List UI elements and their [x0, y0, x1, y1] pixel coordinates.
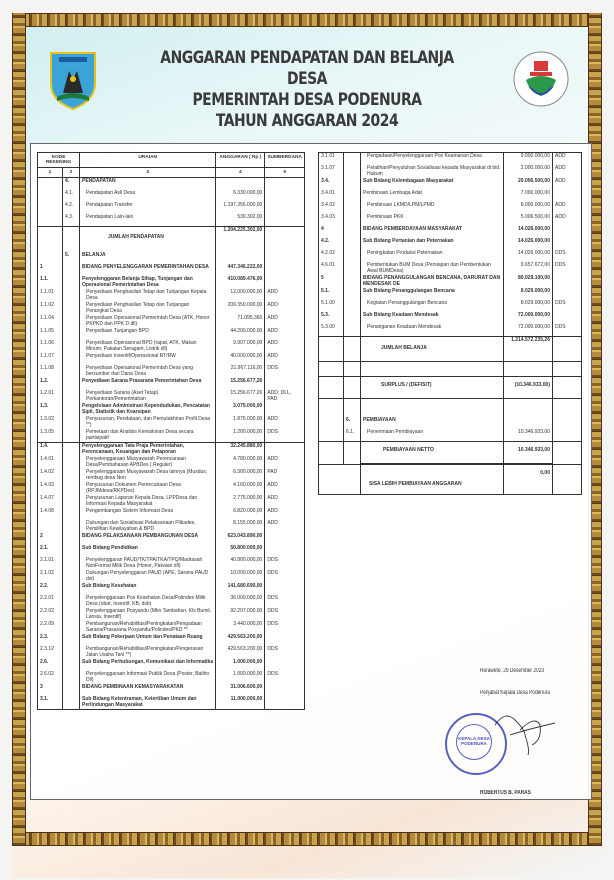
cell-anggaran: 9.657.672,00: [504, 262, 553, 275]
cell-kode-1: 1.1.02: [38, 302, 63, 315]
cell-anggaran: 1.200.000,00: [216, 429, 265, 443]
cell-anggaran: 8.155.000,00: [216, 520, 265, 533]
table-row: 3.4.01Pembinaan Lembaga Adat7.000.000,00: [319, 190, 582, 202]
cell-sumberdana: [265, 276, 305, 289]
cell-kode-1: 1.1.: [38, 276, 63, 289]
cell-sumberdana: ADD: [265, 340, 305, 353]
regency-emblem-icon: [47, 49, 99, 111]
cell-kode-2: [344, 312, 361, 324]
title-line-1: ANGGARAN PENDAPATAN DAN BELANJA DESA: [145, 48, 468, 90]
cell-sumberdana: ADD: [553, 153, 582, 166]
penerimaan-code: 6.1.: [344, 429, 361, 442]
cell-uraian: Pengembangan Sistem Informasi Desa: [80, 508, 216, 520]
cell-kode-2: [63, 659, 80, 671]
cell-uraian: Penanganan Keadaan Mendesak: [361, 324, 504, 337]
cell-kode-1: 1.3.05: [38, 429, 63, 443]
cell-kode-2: [63, 482, 80, 495]
cell-sumberdana: [265, 202, 305, 214]
cell-uraian: Sub Bidang Kelembagaan Masyarakat: [361, 178, 504, 190]
table-row: 5.3.00Penanganan Keadaan Mendesak72.000.…: [319, 324, 582, 337]
cell-sumberdana: PAD: [265, 469, 305, 482]
cell-uraian: Sub Bidang Kesehatan: [80, 583, 216, 595]
cell-anggaran: 2.000.000,00: [504, 165, 553, 178]
cell-kode-1: 4.6.01: [319, 262, 344, 275]
cell-anggaran: 8.029.000,00: [504, 300, 553, 312]
table-row: 1.1.02Penyediaan Penghasilan Tetap dan T…: [38, 302, 305, 315]
cell-uraian: Sub Bidang Pertanian dan Peternakan: [361, 238, 504, 250]
table-row: 1.4.07Penyusunan Laporan Kepala Desa, LP…: [38, 495, 305, 508]
cell-anggaran: 429.563.200,00: [216, 646, 265, 659]
cell-sumberdana: ADD: [265, 353, 305, 365]
cell-anggaran: 9.907.000,00: [216, 340, 265, 353]
cell-kode-1: 5: [319, 275, 344, 288]
cell-sumberdana: [265, 252, 305, 264]
cell-uraian: PENDAPATAN: [80, 178, 216, 191]
cell-uraian: Dukungan dan Sosialisasi Pelaksanaan Pil…: [80, 520, 216, 533]
cell-anggaran: 447.346.222,00: [216, 264, 265, 276]
cell-kode-1: 1.3.: [38, 403, 63, 416]
table-row: 1BIDANG PENYELENGGARAN PEMERINTAHAN DESA…: [38, 264, 305, 276]
cell-sumberdana: ADD: [265, 495, 305, 508]
ornament-border-bottom: [12, 832, 602, 846]
pembiayaan-code: 6.: [344, 417, 361, 429]
cell-kode-2: [63, 378, 80, 390]
cell-sumberdana: [265, 696, 305, 710]
cell-sumberdana: DDS: [265, 557, 305, 570]
cell-sumberdana: [553, 275, 582, 288]
cell-kode-2: [344, 153, 361, 166]
cell-sumberdana: DDS: [265, 429, 305, 443]
cell-anggaran: 623.043.890,00: [216, 533, 265, 545]
cell-kode-2: 4.: [63, 178, 80, 191]
cell-kode-2: [63, 533, 80, 545]
cell-uraian: Penyediaan Sarana Prasarana Pemerintahan…: [80, 378, 216, 390]
cell-sumberdana: ADD, DLL, PAD: [265, 390, 305, 403]
cell-uraian: Sub Bidang Ketentraman, Ketertiban Umum …: [80, 696, 216, 710]
header-num-5: 5: [265, 168, 305, 178]
cell-anggaran: 40.800.000,00: [216, 557, 265, 570]
cell-uraian: BIDANG PEMBERDAYAAN MASYARAKAT: [361, 226, 504, 238]
cell-kode-2: [63, 570, 80, 583]
cell-sumberdana: [265, 214, 305, 227]
title-line-3: TAHUN ANGGARAN 2024: [145, 111, 468, 132]
jumlah-belanja-label: JUMLAH BELANJA: [361, 337, 504, 362]
header-num-1: 1: [38, 168, 63, 178]
cell-uraian: Sub Bidang Perhubungan, Komunikasi dan I…: [80, 659, 216, 671]
cell-kode-1: 1.4.03: [38, 482, 63, 495]
cell-anggaran: [216, 178, 265, 191]
cell-anggaran: 36.000.000,00: [216, 595, 265, 608]
cell-kode-1: 2.1.01: [38, 557, 63, 570]
cell-sumberdana: [265, 227, 305, 253]
cell-kode-2: [63, 608, 80, 621]
signature-position: Penjabat Kepala Desa Podenura: [480, 690, 550, 696]
table-row: 4.1.Pendapatan Asli Desa6.330.000,00: [38, 190, 305, 202]
cell-uraian: Pendapatan Asli Desa: [80, 190, 216, 202]
cell-anggaran: 6.300.000,00: [216, 469, 265, 482]
cell-sumberdana: DDS: [265, 621, 305, 634]
cell-kode-1: 2.3.: [38, 634, 63, 646]
cell-anggaran: 32.245.880,00: [216, 443, 265, 457]
cell-kode-2: [63, 227, 80, 253]
penerimaan-label: Penerimaan Pembiayaan: [361, 429, 504, 442]
cell-uraian: Dukungan Penyelenggaran PAUD (APE, Saran…: [80, 570, 216, 583]
cell-anggaran: 1.204.225.302,00: [216, 227, 265, 253]
cell-kode-2: [63, 495, 80, 508]
table-row: 2.1.Sub Bidang Pendidikan50.800.000,00: [38, 545, 305, 557]
cell-sumberdana: DDS: [265, 608, 305, 621]
table-row: 4.3.Pendapatan Lain-lain539.302,00: [38, 214, 305, 227]
cell-sumberdana: [265, 659, 305, 671]
cell-uraian: BIDANG PEMBINAAN KEMASYARAKATAN: [80, 684, 216, 696]
table-row: 1.1.01Penyediaan Penghasilan Tetap dan T…: [38, 289, 305, 302]
table-row: 4.2.Sub Bidang Pertanian dan Peternakan1…: [319, 238, 582, 250]
cell-anggaran: 5.006.500,00: [504, 214, 553, 226]
jumlah-belanja-value: 1.214.572.235,26: [504, 337, 553, 362]
cell-kode-2: [344, 324, 361, 337]
cell-kode-2: [63, 328, 80, 340]
cell-uraian: Sub Bidang Penanggulangan Bencana: [361, 288, 504, 300]
cell-kode-1: 2.3.12: [38, 646, 63, 659]
cell-sumberdana: ADD: [265, 315, 305, 328]
cell-kode-1: 1.1.01: [38, 289, 63, 302]
cell-sumberdana: ADD: [265, 302, 305, 315]
cell-kode-1: 5.3.00: [319, 324, 344, 337]
cell-sumberdana: ADD: [553, 214, 582, 226]
cell-uraian: Penyediaan Sarana (Aset Tetap) Perkantor…: [80, 390, 216, 403]
cell-kode-2: [63, 340, 80, 353]
cell-kode-2: [344, 165, 361, 178]
header-anggaran: ANGGARAN ( Rp ): [216, 153, 265, 168]
cell-uraian: Pengelolaan Administrasi Kependudukan, P…: [80, 403, 216, 416]
cell-kode-2: 4.3.: [63, 214, 80, 227]
cell-kode-1: 3.4.03: [319, 214, 344, 226]
cell-uraian: BIDANG PENYELENGGARAN PEMERINTAHAN DESA: [80, 264, 216, 276]
cell-anggaran: 7.000.000,00: [504, 190, 553, 202]
cell-anggaran: 6.330.000,00: [216, 190, 265, 202]
cell-anggaran: 410.089.476,00: [216, 276, 265, 289]
cell-uraian: Pemetaan dan Analisis Kemiskinan Desa se…: [80, 429, 216, 443]
cell-kode-1: 2.1.02: [38, 570, 63, 583]
cell-kode-1: 3.4.: [319, 178, 344, 190]
cell-kode-2: [344, 226, 361, 238]
cell-sumberdana: DDS: [265, 671, 305, 684]
cell-sumberdana: DDS: [265, 646, 305, 659]
cell-uraian: Penyusunan Dokumen Perencanaan Desa (RPJ…: [80, 482, 216, 495]
cell-uraian: Sub Bidang Pendidikan: [80, 545, 216, 557]
cell-kode-1: 1.1.07: [38, 353, 63, 365]
cell-kode-1: [38, 227, 63, 253]
cell-kode-1: [38, 520, 63, 533]
cell-sumberdana: [265, 264, 305, 276]
cell-uraian: Pelatihan/Penyuluhan Sosialisasi kepada …: [361, 165, 504, 178]
cell-kode-2: [63, 621, 80, 634]
ornament-border-top: [12, 13, 602, 27]
cell-sumberdana: ADD: [265, 328, 305, 340]
table-row: 1.2.01Penyediaan Sarana (Aset Tetap) Per…: [38, 390, 305, 403]
cell-kode-1: 3.4.02: [319, 202, 344, 214]
cell-sumberdana: [265, 684, 305, 696]
table-row: 3.4.03Pembinaan PKK5.006.500,00ADD: [319, 214, 582, 226]
netto-label: PEMBIAYAAN NETTO: [361, 442, 504, 465]
cell-kode-1: 3.1.01: [319, 153, 344, 166]
cell-kode-2: [344, 214, 361, 226]
cell-uraian: JUMLAH PENDAPATAN: [80, 227, 216, 253]
cell-anggaran: 539.302,00: [216, 214, 265, 227]
cell-sumberdana: ADD: [265, 482, 305, 495]
cell-kode-2: [344, 202, 361, 214]
cell-kode-1: 1.1.06: [38, 340, 63, 353]
cell-kode-2: [63, 456, 80, 469]
budget-table-left: KODE REKENING URAIAN ANGGARAN ( Rp ) SUM…: [37, 152, 305, 710]
cell-sumberdana: [553, 226, 582, 238]
cell-sumberdana: [265, 403, 305, 416]
table-row: 1.4.01Penyelenggaraan Musyawarah Perenca…: [38, 456, 305, 469]
cell-anggaran: 8.000.000,00: [504, 202, 553, 214]
cell-uraian: Pembangunan/Rehabilitasi/Peningkatan/Pen…: [80, 646, 216, 659]
table-row: 4.2.Pendapatan Transfer1.197.356.000,00: [38, 202, 305, 214]
cell-uraian: Pembinaan PKK: [361, 214, 504, 226]
silpa-value: 0,00: [504, 464, 553, 494]
cell-kode-2: [63, 416, 80, 429]
cell-anggaran: 1.000.000,00: [216, 659, 265, 671]
cell-uraian: Penyelenggaraan Tata Praja Pemerintahan,…: [80, 443, 216, 457]
cell-uraian: Pembangunan/Rehabilitasi/Peningkatan/Pen…: [80, 621, 216, 634]
cell-kode-1: 2.6.: [38, 659, 63, 671]
table-row: 4.2.02Peningkatan Produksi Peternakan14.…: [319, 250, 582, 262]
cell-anggaran: 11.000.000,00: [216, 696, 265, 710]
cell-uraian: Sub Bidang Keadaan Mendesak: [361, 312, 504, 324]
header-num-2: 2: [63, 168, 80, 178]
cell-sumberdana: DDS: [553, 300, 582, 312]
cell-sumberdana: ADD: [553, 202, 582, 214]
page-title: ANGGARAN PENDAPATAN DAN BELANJA DESA PEM…: [145, 48, 468, 132]
cell-uraian: Penyelenggaran Belanja Siltap, Tunjangan…: [80, 276, 216, 289]
table-row: 1.1.Penyelenggaran Belanja Siltap, Tunja…: [38, 276, 305, 289]
cell-kode-2: [63, 264, 80, 276]
pembiayaan-label: PEMBIAYAAN: [361, 417, 504, 429]
cell-uraian: Sub Bidang Pekerjaan Umum dan Penataan R…: [80, 634, 216, 646]
table-row: 2.6.Sub Bidang Perhubungan, Komunikasi d…: [38, 659, 305, 671]
cell-anggaran: 1.875.000,00: [216, 416, 265, 429]
cell-uraian: Penyelenggaran PAUD/TK/TPA/TKA/TPQ/Madra…: [80, 557, 216, 570]
cell-anggaran: 9.000.000,00: [504, 153, 553, 166]
cell-kode-1: 2: [38, 533, 63, 545]
table-row: 4BIDANG PEMBERDAYAAN MASYARAKAT14.026.00…: [319, 226, 582, 238]
cell-kode-2: [63, 508, 80, 520]
cell-kode-2: [63, 353, 80, 365]
header-uraian: URAIAN: [80, 153, 216, 168]
cell-uraian: Penyediaan Operasional Pemerintah Desa (…: [80, 315, 216, 328]
cell-kode-2: [63, 403, 80, 416]
table-row: 2.3.Sub Bidang Pekerjaan Umum dan Penata…: [38, 634, 305, 646]
signatory-name: ROBERTUS B. PARAS: [480, 790, 531, 796]
cell-uraian: Penyediaan Penghasilan Tetap dan Tunjang…: [80, 289, 216, 302]
cell-kode-2: 4.1.: [63, 190, 80, 202]
table-row: 5.1.00Kegiatan Penanggulangan Bencana8.0…: [319, 300, 582, 312]
cell-uraian: Pendapatan Lain-lain: [80, 214, 216, 227]
cell-sumberdana: [553, 238, 582, 250]
cell-kode-2: [344, 275, 361, 288]
cell-anggaran: 72.000.000,00: [504, 324, 553, 337]
left-table-body: 4.PENDAPATAN4.1.Pendapatan Asli Desa6.33…: [38, 178, 305, 710]
table-row: 5BIDANG PENANGGULANGAN BENCANA, DARURAT …: [319, 275, 582, 288]
cell-kode-2: [63, 684, 80, 696]
cell-anggaran: 21.967.116,00: [216, 365, 265, 378]
cell-anggaran: 71.095,360: [216, 315, 265, 328]
table-row: 1.3.02Penyusunan, Pendataan, dan Pemutak…: [38, 416, 305, 429]
cell-kode-1: 1.2.01: [38, 390, 63, 403]
stamp-text: KEPALA DESA PODENURA: [456, 724, 492, 760]
cell-uraian: Pembinaan LKMD/LPM/LPMD: [361, 202, 504, 214]
penerimaan-value: 10.346.933,00: [504, 429, 553, 442]
cell-kode-2: [63, 390, 80, 403]
cell-sumberdana: [553, 288, 582, 300]
cell-kode-2: [63, 595, 80, 608]
table-row: 2.2.02Penyelenggaraan Posyandu (Mkn Tamb…: [38, 608, 305, 621]
cell-kode-1: 5.1.00: [319, 300, 344, 312]
cell-kode-2: [63, 634, 80, 646]
cell-uraian: BIDANG PELAKSANAAN PEMBANGUNAN DESA: [80, 533, 216, 545]
cell-kode-2: [63, 583, 80, 595]
silpa-label: SISA LEBIH PEMBIAYAAN ANGGARAN: [361, 464, 504, 494]
cell-kode-2: [344, 300, 361, 312]
ministry-village-logo-icon: [512, 48, 570, 110]
cell-anggaran: 40.000.000,00: [216, 353, 265, 365]
cell-anggaran: 92.207.000,00: [216, 608, 265, 621]
cell-kode-1: 1.4.02: [38, 469, 63, 482]
cell-kode-1: 1.4.07: [38, 495, 63, 508]
cell-kode-1: 1.4.08: [38, 508, 63, 520]
cell-kode-2: [63, 545, 80, 557]
cell-anggaran: 1.197.356.000,00: [216, 202, 265, 214]
surplus-value: (10.346.933,00): [504, 377, 553, 399]
cell-uraian: Penyusunan Laporan Kepala Desa, LPPDesa …: [80, 495, 216, 508]
cell-uraian: Penyelenggaraan Pos Kesehatan Desa/Polin…: [80, 595, 216, 608]
cell-kode-2: [344, 250, 361, 262]
cell-sumberdana: DDS: [553, 262, 582, 275]
cell-uraian: Penyediaan Tunjangan BPD: [80, 328, 216, 340]
cell-kode-2: [344, 262, 361, 275]
cell-anggaran: 3.075.000,00: [216, 403, 265, 416]
title-line-2: PEMERINTAH DESA PODENURA: [145, 90, 468, 111]
cell-anggaran: 44.200.000,00: [216, 328, 265, 340]
ornament-border-left: [12, 13, 26, 845]
header-sumberdana: SUMBERDANA: [265, 153, 305, 168]
cell-kode-2: [63, 671, 80, 684]
table-row: 2.2.01Penyelenggaraan Pos Kesehatan Desa…: [38, 595, 305, 608]
cell-kode-2: [344, 238, 361, 250]
cell-kode-1: 3: [38, 684, 63, 696]
cell-anggaran: 10.000.000,00: [216, 570, 265, 583]
cell-uraian: Pembinaan Lembaga Adat: [361, 190, 504, 202]
table-row: 2.1.02Dukungan Penyelenggaran PAUD (APE,…: [38, 570, 305, 583]
table-row: 5.3.Sub Bidang Keadaan Mendesak72.000.00…: [319, 312, 582, 324]
cell-kode-1: [38, 178, 63, 191]
table-row: 3.1.Sub Bidang Ketentraman, Ketertiban U…: [38, 696, 305, 710]
cell-kode-2: [344, 178, 361, 190]
signature-place-date: Rerawete, 29 Desember 2023: [480, 668, 544, 674]
cell-kode-1: 1.1.04: [38, 315, 63, 328]
table-row: Dukungan dan Sosialisasi Pelaksanaan Pil…: [38, 520, 305, 533]
cell-kode-1: 1.4.: [38, 443, 63, 457]
cell-kode-1: 1.3.02: [38, 416, 63, 429]
cell-sumberdana: [553, 190, 582, 202]
cell-kode-2: [63, 520, 80, 533]
table-row: 2.2.Sub Bidang Kesehatan141.680.690,00: [38, 583, 305, 595]
table-row: 2.2.09Pembangunan/Rehabilitasi/Peningkat…: [38, 621, 305, 634]
header-num-4: 4: [216, 168, 265, 178]
cell-uraian: Pembentukan BUM Desa (Persiapan dan Pemb…: [361, 262, 504, 275]
cell-uraian: Peningkatan Produksi Peternakan: [361, 250, 504, 262]
cell-sumberdana: DDS: [265, 570, 305, 583]
cell-kode-1: 1: [38, 264, 63, 276]
signature-scribble-icon: [490, 705, 560, 760]
cell-kode-1: 2.2.09: [38, 621, 63, 634]
cell-anggaran: 141.680.690,00: [216, 583, 265, 595]
cell-kode-1: 1.1.05: [38, 328, 63, 340]
cell-kode-2: [63, 302, 80, 315]
cell-kode-1: 2.2.01: [38, 595, 63, 608]
cell-sumberdana: [265, 178, 305, 191]
cell-kode-2: 4.2.: [63, 202, 80, 214]
cell-anggaran: 209.350.000,00: [216, 302, 265, 315]
cell-kode-2: [63, 276, 80, 289]
cell-kode-1: 5.3.: [319, 312, 344, 324]
cell-anggaran: 3.440.000,00: [216, 621, 265, 634]
cell-uraian: Penyelenggaraan Informasi Publik Desa (P…: [80, 671, 216, 684]
cell-sumberdana: ADD: [265, 508, 305, 520]
cell-kode-1: 2.6.02: [38, 671, 63, 684]
table-row: 1.1.06Penyediaan Operasional BPD (rapat,…: [38, 340, 305, 353]
cell-kode-2: [63, 289, 80, 302]
cell-kode-1: [38, 202, 63, 214]
netto-value: 10.346.933,00: [504, 442, 553, 465]
cell-uraian: Penyelenggaraan Musyawarah Perencanaan D…: [80, 456, 216, 469]
cell-uraian: Pendapatan Transfer: [80, 202, 216, 214]
cell-anggaran: 14.026.000,00: [504, 226, 553, 238]
cell-kode-1: 3.1.: [38, 696, 63, 710]
cell-anggaran: 4.780.000,00: [216, 456, 265, 469]
cell-kode-1: [38, 252, 63, 264]
cell-uraian: Penyediaan Penghasilan Tetap dan Tunjang…: [80, 302, 216, 315]
summary-body: JUMLAH BELANJA1.214.572.235,26 SURPLUS /…: [319, 337, 582, 495]
table-row: 1.4.08Pengembangan Sistem Informasi Desa…: [38, 508, 305, 520]
cell-sumberdana: ADD: [265, 456, 305, 469]
table-row: 2.3.12Pembangunan/Rehabilitasi/Peningkat…: [38, 646, 305, 659]
table-row: 2.6.02Penyelenggaraan Informasi Publik D…: [38, 671, 305, 684]
cell-anggaran: 14.026.000,00: [504, 250, 553, 262]
cell-kode-1: 5.1.: [319, 288, 344, 300]
cell-sumberdana: ADD: [553, 165, 582, 178]
table-row: 3.1.07Pelatihan/Penyuluhan Sosialisasi k…: [319, 165, 582, 178]
cell-sumberdana: [265, 378, 305, 390]
cell-uraian: Pengadaan/Penyelenggaraan Pos Keamanan D…: [361, 153, 504, 166]
table-row: 1.4.02Penyelenggaraan Musyawarah Desa la…: [38, 469, 305, 482]
cell-sumberdana: ADD: [265, 289, 305, 302]
cell-sumberdana: DDS: [553, 324, 582, 337]
table-row: 5.BELANJA: [38, 252, 305, 264]
cell-sumberdana: [265, 533, 305, 545]
right-table-body: 3.1.01Pengadaan/Penyelenggaraan Pos Keam…: [319, 153, 582, 337]
cell-kode-1: 2.2.: [38, 583, 63, 595]
cell-kode-2: [63, 646, 80, 659]
cell-kode-1: 2.2.02: [38, 608, 63, 621]
table-row: 1.1.04Penyediaan Operasional Pemerintah …: [38, 315, 305, 328]
cell-anggaran: 4.160.000,00: [216, 482, 265, 495]
cell-uraian: Penyelenggaraan Posyandu (Mkn Tambahan, …: [80, 608, 216, 621]
cell-sumberdana: DDS: [553, 250, 582, 262]
